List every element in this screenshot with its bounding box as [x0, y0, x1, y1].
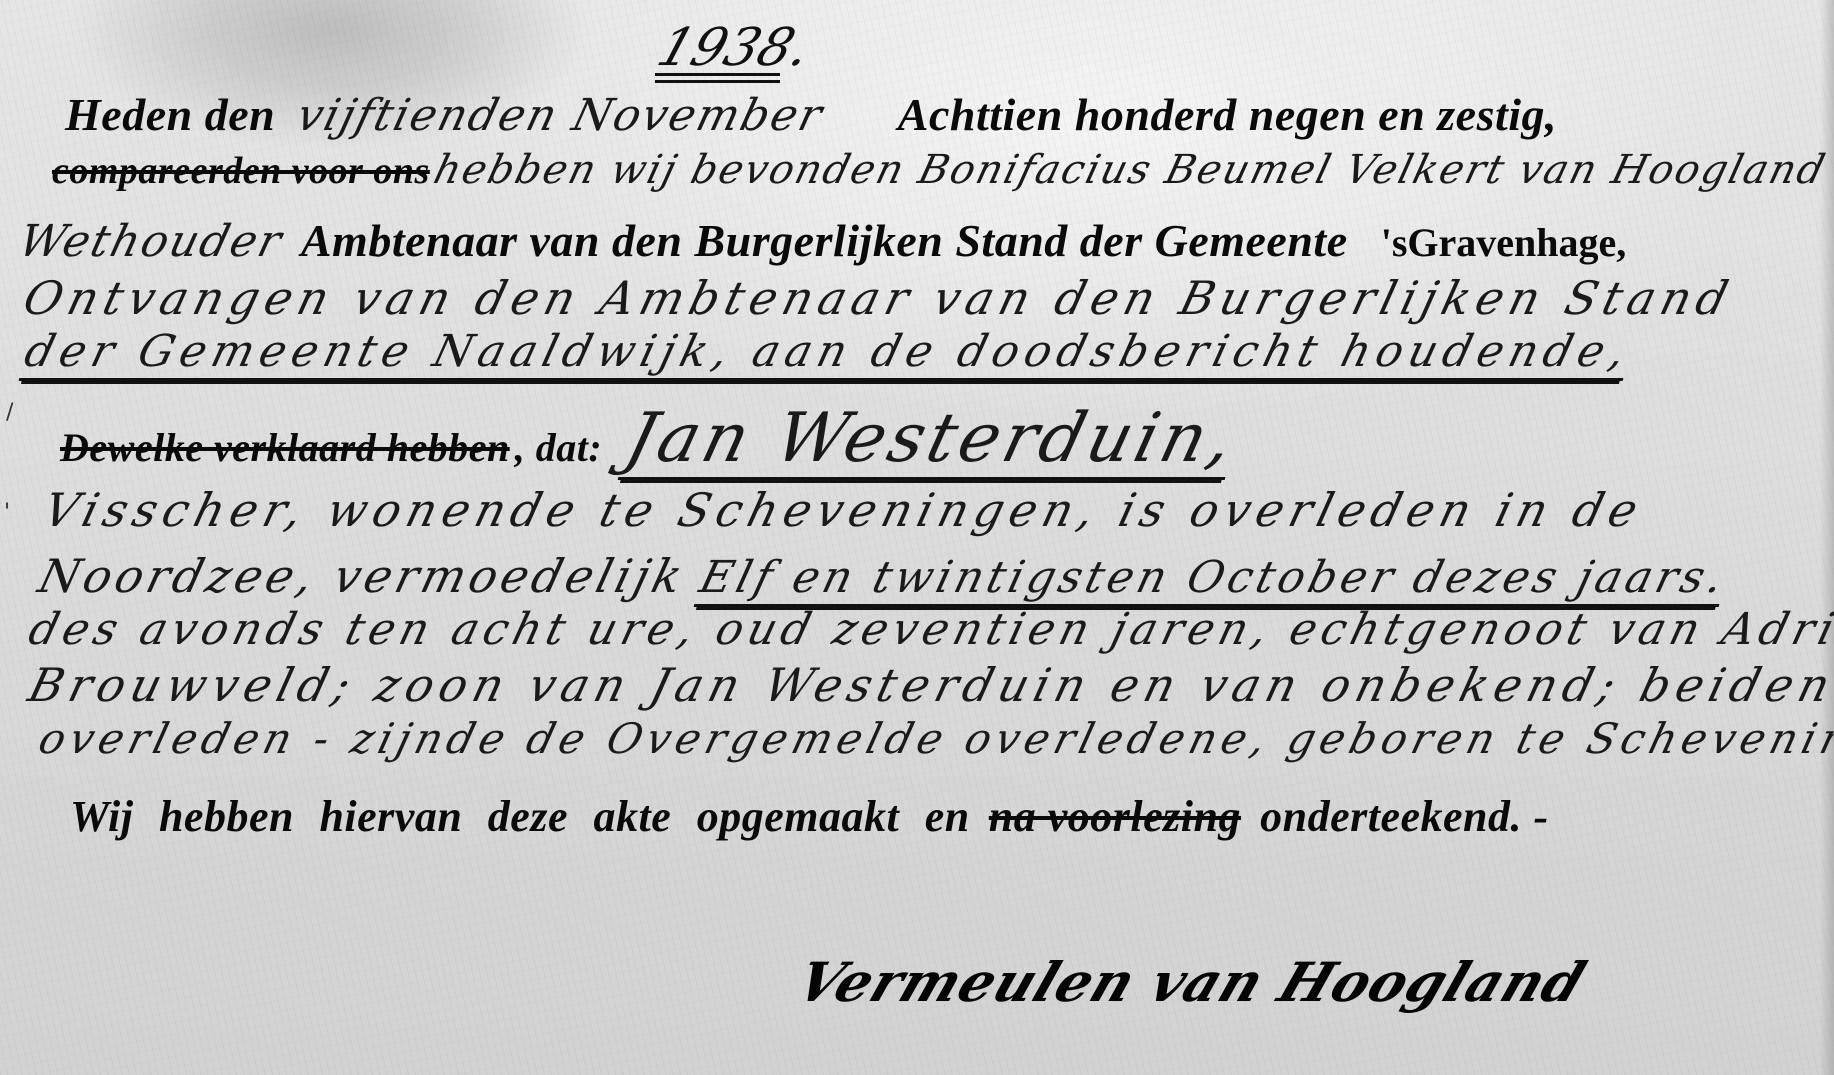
struck-printed-text: na voorlezing [989, 792, 1241, 841]
handwritten-text: Brouwveld; zoon van Jan Westerduin en va… [24, 662, 1834, 708]
printed-text: Achttien honderd negen en zestig, [898, 89, 1557, 140]
document-scan: / ' 1938. Heden den vijftienden November… [0, 0, 1834, 1075]
handwritten-text: vijftienden November [293, 94, 828, 138]
line-1: Heden den vijftienden November Achttien … [65, 92, 1557, 138]
line-4: Ontvangen van den Ambtenaar van den Burg… [25, 275, 1733, 321]
death-date: Elf en twintigsten October dezes jaars. [694, 556, 1732, 607]
handwritten-text: des avonds ten acht ure, oud zeventien j… [25, 608, 1834, 652]
year-underline-2 [655, 80, 780, 83]
handwritten-text: Noordzee, vermoedelijk [34, 553, 690, 599]
line-9: des avonds ten acht ure, oud zeventien j… [30, 608, 1834, 652]
printed-text: Wij hebben hiervan deze akte opgemaakt e… [70, 792, 970, 841]
line-10: Brouwveld; zoon van Jan Westerduin en va… [30, 662, 1834, 708]
line-6: Dewelke verklaard hebben , dat: Jan West… [60, 405, 1235, 480]
handwritten-text: overleden - zijnde de Overgemelde overle… [35, 718, 1834, 760]
printed-city: 'sGravenhage, [1381, 220, 1627, 265]
handwritten-text: Ontvangen van den Ambtenaar van den Burg… [19, 275, 1738, 321]
margin-mark: / [6, 400, 13, 425]
handwritten-text: hebben wij bevonden Bonifacius Beumel Ve… [430, 150, 1830, 190]
printed-text: onderteekend. - [1260, 792, 1549, 841]
handwritten-text: Visscher, wonende te Scheveningen, is ov… [39, 487, 1648, 533]
struck-printed-text: Dewelke verklaard hebben [60, 425, 510, 470]
printed-text: , dat: [515, 425, 602, 470]
line-3: Wethouder Ambtenaar van den Burgerlijken… [20, 218, 1626, 264]
handwritten-text: Wethouder [15, 220, 288, 264]
line-8: Noordzee, vermoedelijk Elf en twintigste… [40, 553, 1725, 607]
margin-mark: ' [4, 500, 10, 525]
deceased-name: Jan Westerduin, [618, 405, 1244, 480]
official-signature: Vermeulen van Hoogland [788, 950, 1594, 1014]
line-11: overleden - zijnde de Overgemelde overle… [40, 718, 1834, 760]
line-7: Visscher, wonende te Scheveningen, is ov… [45, 487, 1642, 533]
struck-printed-text: compareerden voor ons [52, 150, 430, 192]
printed-text: Ambtenaar van den Burgerlijken Stand der… [301, 215, 1348, 266]
year-header: 1938. [650, 18, 818, 78]
line-5: der Gemeente Naaldwijk, aan de doodsberi… [25, 330, 1629, 381]
printed-text: Heden den [65, 89, 275, 140]
line-2: compareerden voor ons hebben wij bevonde… [52, 150, 1825, 190]
handwritten-text: der Gemeente Naaldwijk, aan de doodsberi… [19, 330, 1636, 381]
line-12: Wij hebben hiervan deze akte opgemaakt e… [70, 795, 1549, 839]
year-underline [655, 73, 780, 76]
